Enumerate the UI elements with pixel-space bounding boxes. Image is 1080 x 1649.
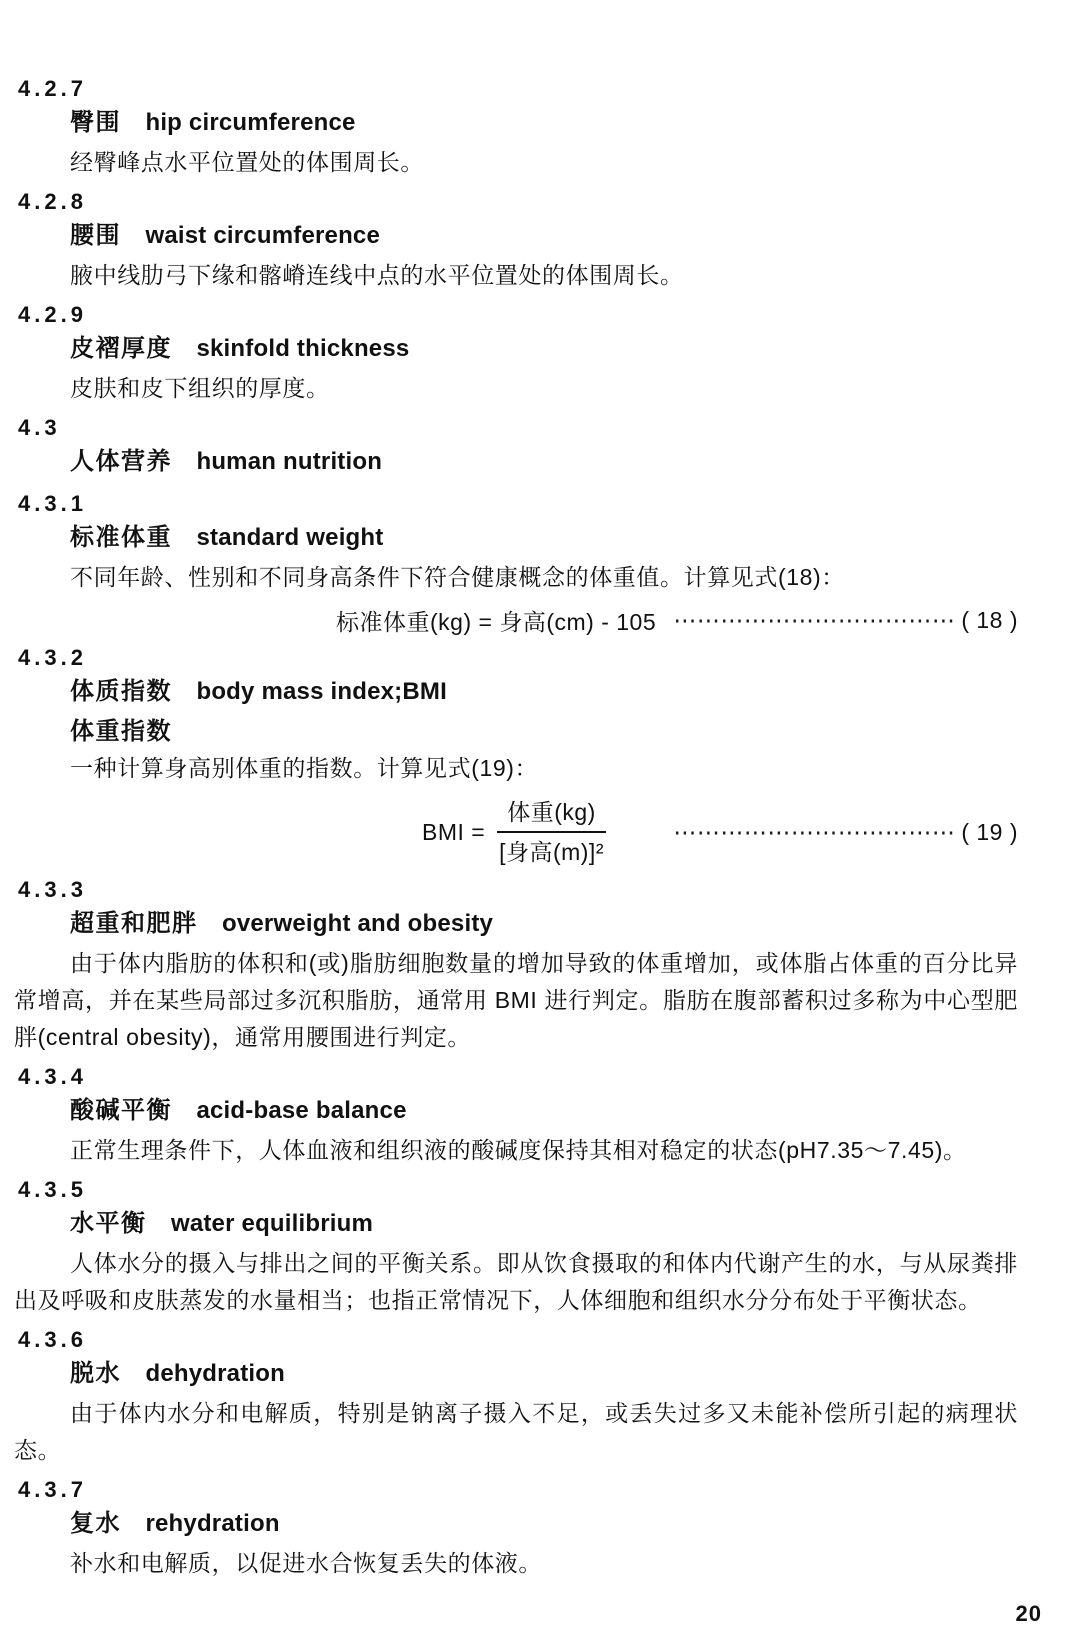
term-zh: 水平衡 — [70, 1210, 147, 1237]
term-line: 超重和肥胖 overweight and obesity — [70, 905, 1018, 945]
term-entry-4-3-7: 4.3.7 复水 rehydration 补水和电解质，以促进水合恢复丢失的体液… — [14, 1475, 1018, 1582]
formula-number: ( 19 ) — [961, 819, 1018, 846]
term-synonym: 体重指数 — [70, 713, 1018, 750]
definition-paragraph: 皮肤和皮下组织的厚度。 — [14, 370, 1018, 407]
section-number: 4.3 — [18, 413, 1018, 443]
page-content: 4.2.7 臀围 hip circumference 经臀峰点水平位置处的体围周… — [0, 0, 1080, 1582]
definition-paragraph: 一种计算身高别体重的指数。计算见式(19)： — [14, 750, 1018, 787]
term-en: hip circumference — [145, 109, 355, 136]
definition-paragraph: 正常生理条件下，人体血液和组织液的酸碱度保持其相对稳定的状态(pH7.35～7.… — [14, 1132, 1018, 1169]
term-line: 酸碱平衡 acid-base balance — [70, 1092, 1018, 1132]
section-number: 4.3.7 — [18, 1475, 1018, 1505]
term-en: human nutrition — [196, 448, 382, 475]
section-number: 4.3.2 — [18, 643, 1018, 673]
term-entry-4-3-4: 4.3.4 酸碱平衡 acid-base balance 正常生理条件下，人体血… — [14, 1062, 1018, 1169]
formula-leader-dots: ⋯⋯⋯⋯⋯⋯⋯⋯⋯⋯⋯⋯ — [672, 607, 955, 634]
term-en: rehydration — [145, 1510, 279, 1537]
term-line: 标准体重 standard weight — [70, 519, 1018, 559]
section-number: 4.2.9 — [18, 300, 1018, 330]
term-entry-4-3-2: 4.3.2 体质指数 body mass index;BMI 体重指数 一种计算… — [14, 643, 1018, 869]
definition-paragraph: 人体水分的摄入与排出之间的平衡关系。即从饮食摄取的和体内代谢产生的水，与从尿粪排… — [14, 1245, 1018, 1319]
formula-19: BMI = 体重(kg) [身高(m)]² ⋯⋯⋯⋯⋯⋯⋯⋯⋯⋯⋯⋯ ( 19 … — [14, 795, 1018, 869]
term-line: 腰围 waist circumference — [70, 217, 1018, 257]
term-en: waist circumference — [145, 222, 380, 249]
term-line: 复水 rehydration — [70, 1505, 1018, 1545]
section-number: 4.3.3 — [18, 875, 1018, 905]
term-zh: 标准体重 — [70, 524, 172, 551]
term-en: acid-base balance — [196, 1097, 406, 1124]
definition-paragraph: 腋中线肋弓下缘和髂嵴连线中点的水平位置处的体围周长。 — [14, 257, 1018, 294]
term-zh: 腰围 — [70, 222, 121, 249]
term-en: skinfold thickness — [196, 335, 409, 362]
section-number: 4.3.4 — [18, 1062, 1018, 1092]
term-line: 水平衡 water equilibrium — [70, 1205, 1018, 1245]
formula-number: ( 18 ) — [961, 607, 1018, 634]
formula-leader-dots: ⋯⋯⋯⋯⋯⋯⋯⋯⋯⋯⋯⋯ — [622, 819, 955, 846]
section-number: 4.3.6 — [18, 1325, 1018, 1355]
term-zh: 臀围 — [70, 109, 121, 136]
term-entry-4-3-1: 4.3.1 标准体重 standard weight 不同年龄、性别和不同身高条… — [14, 489, 1018, 637]
section-number: 4.2.8 — [18, 187, 1018, 217]
definition-paragraph: 补水和电解质，以促进水合恢复丢失的体液。 — [14, 1545, 1018, 1582]
term-line: 皮褶厚度 skinfold thickness — [70, 330, 1018, 370]
term-entry-4-3-3: 4.3.3 超重和肥胖 overweight and obesity 由于体内脂… — [14, 875, 1018, 1056]
fraction-denominator: [身高(m)]² — [499, 833, 604, 869]
term-zh: 人体营养 — [70, 448, 172, 475]
term-en: dehydration — [145, 1360, 285, 1387]
definition-paragraph: 由于体内脂肪的体积和(或)脂肪细胞数量的增加导致的体重增加，或体脂占体重的百分比… — [14, 945, 1018, 1056]
term-entry-4-2-7: 4.2.7 臀围 hip circumference 经臀峰点水平位置处的体围周… — [14, 74, 1018, 181]
section-number: 4.3.5 — [18, 1175, 1018, 1205]
term-zh: 酸碱平衡 — [70, 1097, 172, 1124]
term-en: water equilibrium — [171, 1210, 373, 1237]
term-line: 人体营养 human nutrition — [70, 443, 1018, 483]
page-number: 20 — [1016, 1601, 1042, 1627]
document-page: 4.2.7 臀围 hip circumference 经臀峰点水平位置处的体围周… — [0, 0, 1080, 1649]
term-en: standard weight — [196, 524, 383, 551]
term-entry-4-2-9: 4.2.9 皮褶厚度 skinfold thickness 皮肤和皮下组织的厚度… — [14, 300, 1018, 407]
term-zh: 皮褶厚度 — [70, 335, 172, 362]
term-zh: 脱水 — [70, 1360, 121, 1387]
term-zh: 复水 — [70, 1510, 121, 1537]
term-line: 体质指数 body mass index;BMI — [70, 673, 1018, 713]
definition-paragraph: 由于体内水分和电解质，特别是钠离子摄入不足，或丢失过多又未能补偿所引起的病理状态… — [14, 1395, 1018, 1469]
definition-paragraph: 不同年龄、性别和不同身高条件下符合健康概念的体重值。计算见式(18)： — [14, 559, 1018, 596]
fraction: 体重(kg) [身高(m)]² — [497, 795, 606, 869]
formula-18: 标准体重(kg) = 身高(cm) - 105 ⋯⋯⋯⋯⋯⋯⋯⋯⋯⋯⋯⋯ ( 1… — [14, 604, 1018, 637]
term-zh: 体质指数 — [70, 678, 172, 705]
term-entry-4-3-5: 4.3.5 水平衡 water equilibrium 人体水分的摄入与排出之间… — [14, 1175, 1018, 1319]
term-en: overweight and obesity — [222, 910, 493, 937]
term-entry-4-2-8: 4.2.8 腰围 waist circumference 腋中线肋弓下缘和髂嵴连… — [14, 187, 1018, 294]
term-line: 脱水 dehydration — [70, 1355, 1018, 1395]
fraction-numerator: 体重(kg) — [497, 795, 606, 833]
section-number: 4.3.1 — [18, 489, 1018, 519]
formula-body: 标准体重(kg) = 身高(cm) - 105 — [336, 604, 656, 637]
formula-lhs: BMI = — [422, 819, 485, 846]
section-number: 4.2.7 — [18, 74, 1018, 104]
term-en: body mass index;BMI — [196, 678, 447, 705]
term-zh: 超重和肥胖 — [70, 910, 198, 937]
term-entry-4-3-6: 4.3.6 脱水 dehydration 由于体内水分和电解质，特别是钠离子摄入… — [14, 1325, 1018, 1469]
term-entry-4-3: 4.3 人体营养 human nutrition — [14, 413, 1018, 483]
term-line: 臀围 hip circumference — [70, 104, 1018, 144]
definition-paragraph: 经臀峰点水平位置处的体围周长。 — [14, 144, 1018, 181]
